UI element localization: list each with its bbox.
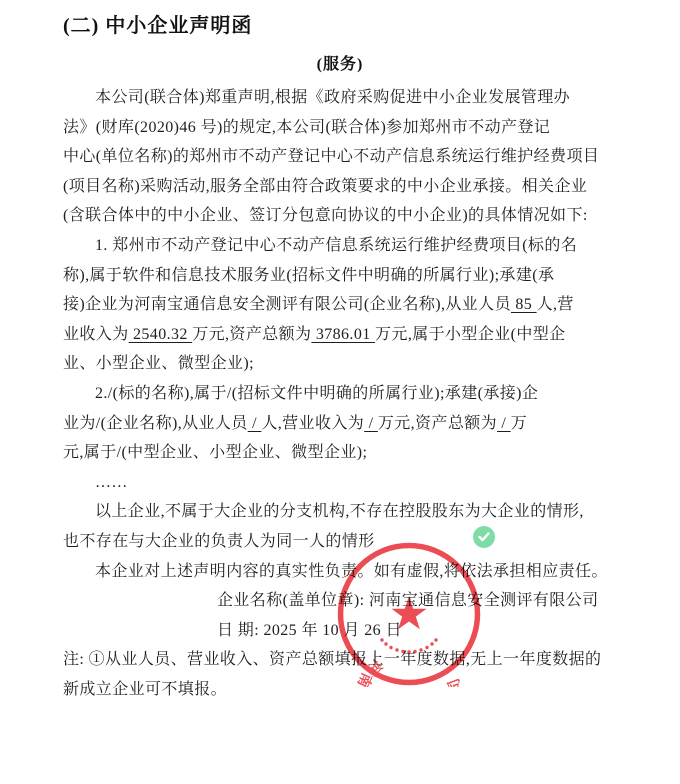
document-title: (二) 中小企业声明函 (63, 12, 617, 40)
document-line: 注: ①从业人员、营业收入、资产总额填报上一年度数据,无上一年度数据的 (63, 645, 617, 675)
text-segment: 本公司(联合体)郑重声明,根据《政府采购促进中小企业发展管理办 (95, 89, 570, 106)
document-line: 本企业对上述声明内容的真实性负责。如有虚假,将依法承担相应责任。 (63, 557, 617, 587)
document-line: 本公司(联合体)郑重声明,根据《政府采购促进中小企业发展管理办 (63, 83, 617, 113)
filled-blank: / (248, 415, 262, 432)
check-mark-glyph (478, 532, 490, 542)
filled-blank: 85 (511, 296, 537, 313)
text-segment: 业、小型企业、微型企业); (63, 355, 254, 372)
text-segment: 也不存在与大企业的负责人为同一人的情形 (63, 533, 375, 550)
document-line: 业、小型企业、微型企业); (63, 349, 617, 379)
text-segment: 企业名称(盖单位章): 河南宝通信息安全测评有限公司 (217, 592, 599, 609)
document-line: …… (63, 468, 617, 498)
document-body: 本公司(联合体)郑重声明,根据《政府采购促进中小企业发展管理办法》(财库(202… (63, 83, 617, 704)
document-line: 1. 郑州市不动产登记中心不动产信息系统运行维护经费项目(标的名 (63, 231, 617, 261)
filled-blank: 3786.01 (311, 326, 375, 343)
text-segment: (项目名称)采购活动,服务全部由符合政策要求的中小企业承接。相关企业 (63, 178, 587, 195)
text-segment: 日 期: 2025 年 10 月 26 日 (217, 622, 402, 639)
document-page: (二) 中小企业声明函 (服务) 本公司(联合体)郑重声明,根据《政府采购促进中… (0, 0, 680, 784)
text-segment: 中心(单位名称)的郑州市不动产登记中心不动产信息系统运行维护经费项目 (63, 148, 599, 165)
document-line: (项目名称)采购活动,服务全部由符合政策要求的中小企业承接。相关企业 (63, 172, 617, 202)
text-segment: …… (95, 474, 128, 491)
text-segment: (含联合体中的中小企业、签订分包意向协议的中小企业)的具体情况如下: (63, 207, 588, 224)
text-segment: 以上企业,不属于大企业的分支机构,不存在控股股东为大企业的情形, (95, 503, 584, 520)
text-segment: 万元,资产总额为 (378, 415, 497, 432)
text-segment: 万 (511, 415, 527, 432)
text-segment: 新成立企业可不填报。 (63, 681, 227, 698)
document-line: 业收入为 2540.32 万元,资产总额为 3786.01 万元,属于小型企业(… (63, 320, 617, 350)
document-line: 中心(单位名称)的郑州市不动产登记中心不动产信息系统运行维护经费项目 (63, 142, 617, 172)
text-segment: 业收入为 (63, 326, 129, 343)
text-segment: 2./(标的名称),属于/(招标文件中明确的所属行业);承建(承接)企 (95, 385, 538, 402)
document-line: 称),属于软件和信息技术服务业(招标文件中明确的所属行业);承建(承 (63, 261, 617, 291)
text-segment: 业为/(企业名称),从业人员 (63, 415, 248, 432)
text-segment: 称),属于软件和信息技术服务业(招标文件中明确的所属行业);承建(承 (63, 267, 554, 284)
filled-blank: / (364, 415, 378, 432)
document-line: 以上企业,不属于大企业的分支机构,不存在控股股东为大企业的情形, (63, 497, 617, 527)
text-segment: 1. 郑州市不动产登记中心不动产信息系统运行维护经费项目(标的名 (95, 237, 577, 254)
text-segment: 人,营业收入为 (261, 415, 364, 432)
document-line: 接)企业为河南宝通信息安全测评有限公司(企业名称),从业人员 85 人,营 (63, 290, 617, 320)
document-content: (二) 中小企业声明函 (服务) 本公司(联合体)郑重声明,根据《政府采购促进中… (63, 12, 617, 704)
document-line: 也不存在与大企业的负责人为同一人的情形 (63, 527, 617, 557)
document-line: 2./(标的名称),属于/(招标文件中明确的所属行业);承建(承接)企 (63, 379, 617, 409)
document-subtitle: (服务) (63, 54, 617, 76)
text-segment: 接)企业为河南宝通信息安全测评有限公司(企业名称),从业人员 (63, 296, 511, 313)
document-line: 法》(财库(2020)46 号)的规定,本公司(联合体)参加郑州市不动产登记 (63, 113, 617, 143)
document-line: (含联合体中的中小企业、签订分包意向协议的中小企业)的具体情况如下: (63, 201, 617, 231)
filled-blank: / (497, 415, 511, 432)
document-line: 业为/(企业名称),从业人员 / 人,营业收入为 / 万元,资产总额为 / 万 (63, 409, 617, 439)
text-segment: 人,营 (537, 296, 574, 313)
text-segment: 注: ①从业人员、营业收入、资产总额填报上一年度数据,无上一年度数据的 (63, 651, 601, 668)
text-segment: 万元,资产总额为 (192, 326, 311, 343)
document-line: 企业名称(盖单位章): 河南宝通信息安全测评有限公司 (217, 586, 617, 616)
text-segment: 万元,属于小型企业(中型企 (375, 326, 566, 343)
text-segment: 本企业对上述声明内容的真实性负责。如有虚假,将依法承担相应责任。 (95, 563, 608, 580)
filled-blank: 2540.32 (129, 326, 193, 343)
document-line: 元,属于/(中型企业、小型企业、微型企业); (63, 438, 617, 468)
text-segment: 元,属于/(中型企业、小型企业、微型企业); (63, 444, 367, 461)
document-line: 新成立企业可不填报。 (63, 675, 617, 705)
verified-check-icon (473, 526, 495, 548)
text-segment: 法》(财库(2020)46 号)的规定,本公司(联合体)参加郑州市不动产登记 (63, 119, 550, 136)
document-line: 日 期: 2025 年 10 月 26 日 (217, 616, 617, 646)
